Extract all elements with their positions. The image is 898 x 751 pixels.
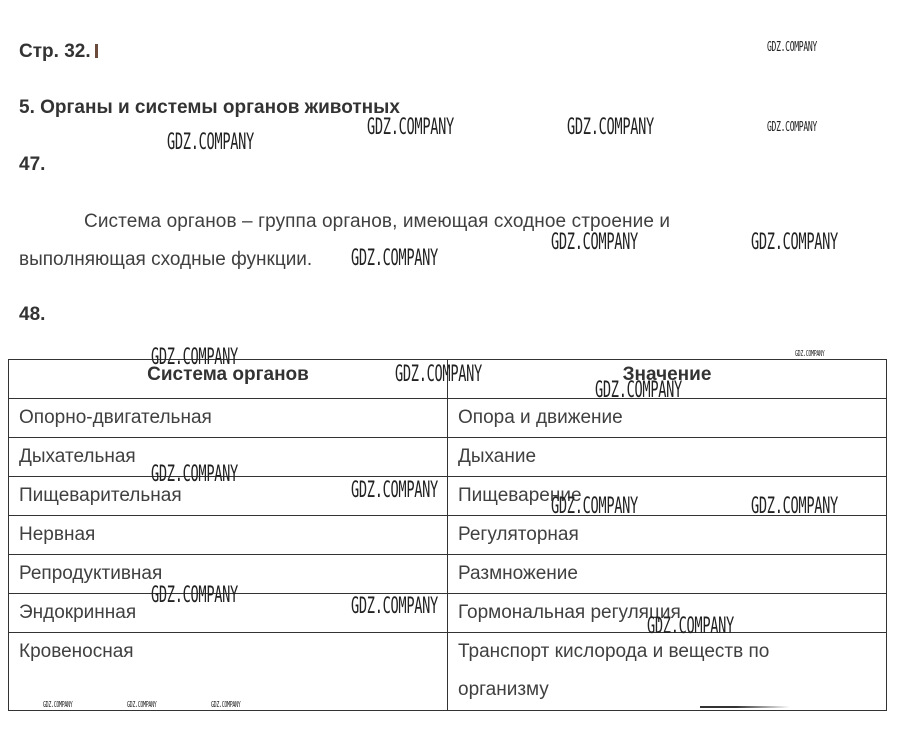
question-48-number: 48.	[19, 304, 45, 326]
watermark: GDZ.COMPANY	[351, 594, 438, 619]
watermark: GDZ.COMPANY	[767, 120, 817, 135]
watermark: GDZ.COMPANY	[151, 583, 238, 608]
cell-function-line1: Транспорт кислорода и веществ по	[458, 641, 769, 662]
watermark: GDZ.COMPANY	[751, 494, 838, 519]
watermark: GDZ.COMPANY	[151, 462, 238, 487]
cell-system: Нервная	[9, 516, 448, 555]
table-row: Нервная Регуляторная	[9, 516, 887, 555]
watermark: GDZ.COMPANY	[43, 700, 72, 709]
cell-function: Дыхание	[448, 438, 887, 477]
section-title: 5. Органы и системы органов животных	[19, 97, 400, 119]
table-row: Дыхательная Дыхание	[9, 438, 887, 477]
cell-function: Опора и движение	[448, 399, 887, 438]
watermark: GDZ.COMPANY	[167, 130, 254, 155]
watermark: GDZ.COMPANY	[127, 700, 156, 709]
cell-system: Кровеносная	[9, 633, 448, 711]
watermark: GDZ.COMPANY	[647, 614, 734, 639]
question-47-number: 47.	[19, 154, 45, 176]
organ-systems-table: Система органов Значение Опорно-двигател…	[8, 359, 887, 711]
watermark: GDZ.COMPANY	[551, 230, 638, 255]
cell-function: Размножение	[448, 555, 887, 594]
page-label: Стр. 32.	[19, 41, 98, 63]
table-row: Репродуктивная Размножение	[9, 555, 887, 594]
watermark: GDZ.COMPANY	[351, 246, 438, 271]
watermark: GDZ.COMPANY	[551, 494, 638, 519]
watermark: GDZ.COMPANY	[351, 478, 438, 503]
cell-function: Транспорт кислорода и веществ по организ…	[448, 633, 887, 711]
table-row: Опорно-двигательная Опора и движение	[9, 399, 887, 438]
watermark: GDZ.COMPANY	[395, 362, 482, 387]
watermark: GDZ.COMPANY	[211, 700, 240, 709]
cell-system: Опорно-двигательная	[9, 399, 448, 438]
watermark: GDZ.COMPANY	[567, 115, 654, 140]
question-47-answer-line2: выполняющая сходные функции.	[19, 249, 312, 271]
watermark: GDZ.COMPANY	[751, 230, 838, 255]
cell-function-line2: организму	[458, 671, 876, 709]
watermark: GDZ.COMPANY	[595, 378, 682, 403]
page-label-text: Стр. 32.	[19, 41, 91, 62]
table-row: Кровеносная Транспорт кислорода и вещест…	[9, 633, 887, 711]
page-mark	[95, 44, 98, 58]
watermark: GDZ.COMPANY	[795, 349, 824, 358]
table-bottom-fade	[700, 706, 790, 708]
watermark: GDZ.COMPANY	[151, 345, 238, 370]
cell-function: Регуляторная	[448, 516, 887, 555]
watermark: GDZ.COMPANY	[767, 40, 817, 55]
table-row: Эндокринная Гормональная регуляция	[9, 594, 887, 633]
watermark: GDZ.COMPANY	[367, 115, 454, 140]
